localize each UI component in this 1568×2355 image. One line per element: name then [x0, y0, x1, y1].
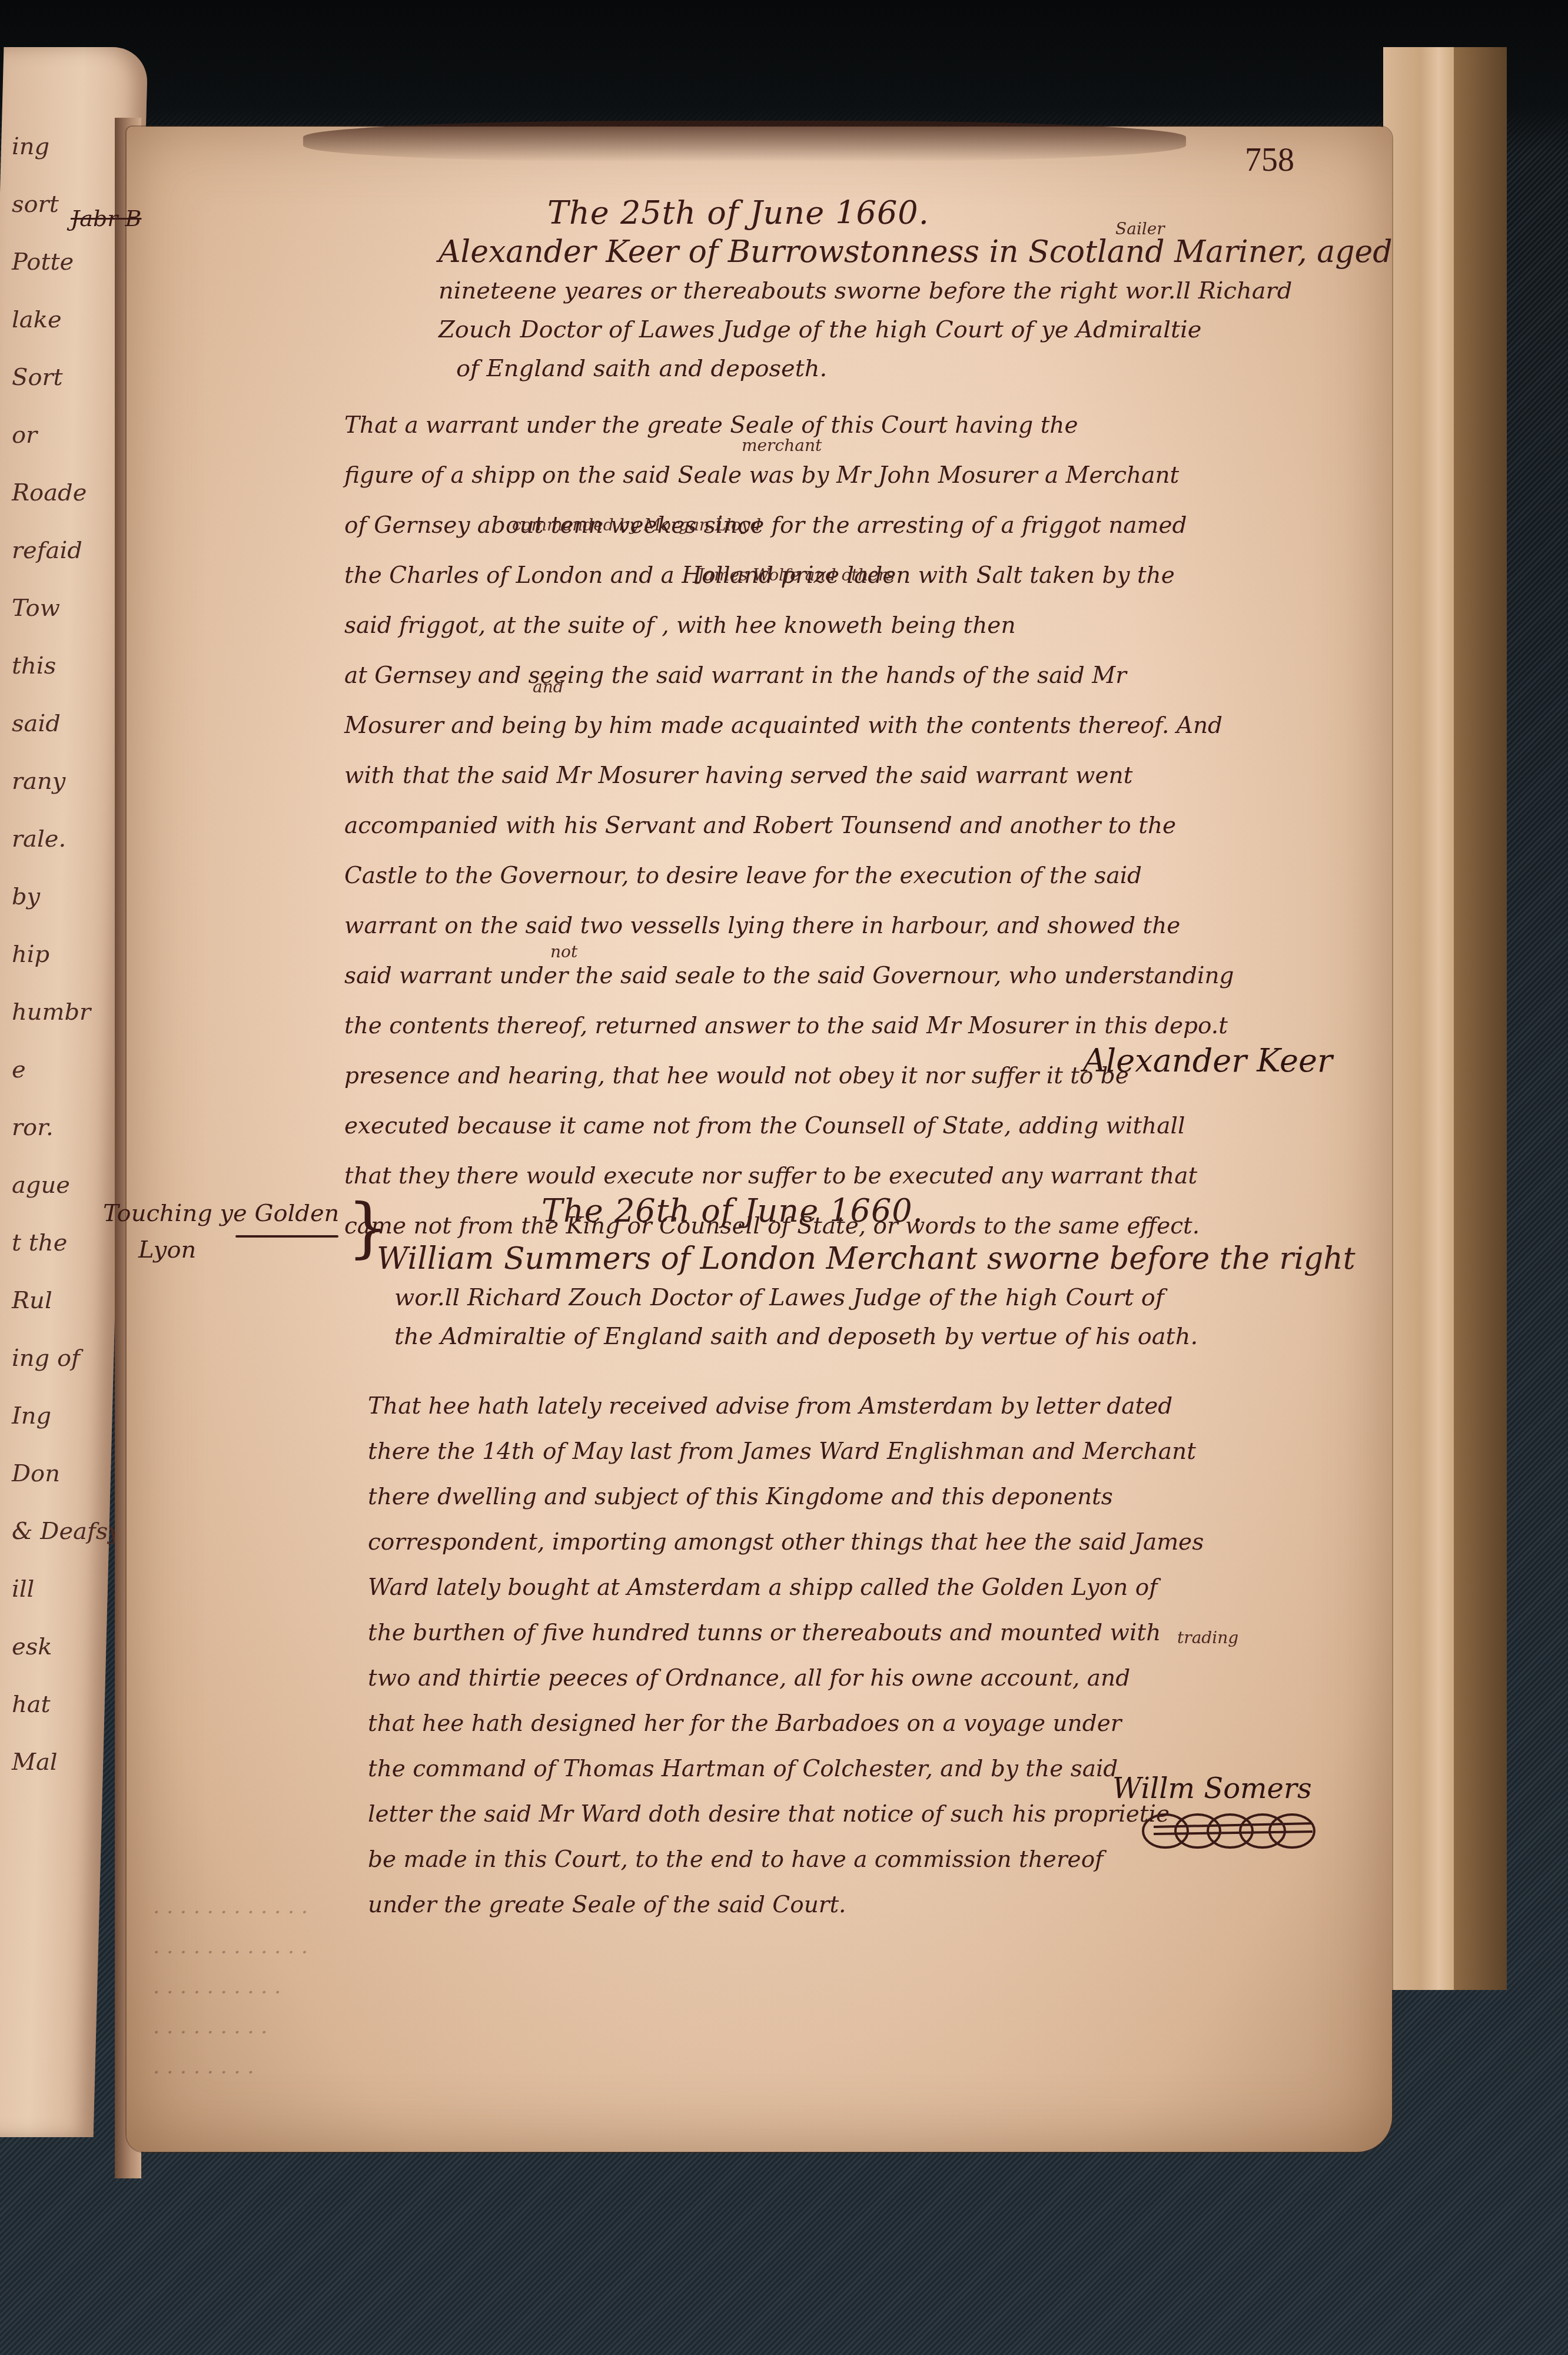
margin-note-top: Jabr B: [71, 200, 141, 237]
signature-alexander-keer: Alexander Keer: [1083, 1042, 1333, 1079]
deponent-line: wor.ll Richard Zouch Doctor of Lawes Jud…: [377, 1278, 1260, 1317]
deposition-body-1: That a warrant under the greate Seale of…: [344, 400, 1386, 1251]
body-line: that hee hath designed her for the Barba…: [368, 1701, 1410, 1746]
body-line: of Gernsey about tenn weekes since for t…: [344, 500, 1386, 550]
margin-note-golden-lyon: Touching ye Golden Lyon: [103, 1195, 339, 1268]
deponent-block-2: William Summers of London Merchant sworn…: [377, 1239, 1260, 1356]
signature-flourish-icon: [1136, 1810, 1324, 1852]
body-line: there dwelling and subject of this Kingd…: [368, 1474, 1410, 1520]
body-line: with that the said Mr Mosurer having ser…: [344, 751, 1386, 801]
deponent-line: Alexander Keer of Burrowstonness in Scot…: [438, 233, 1321, 271]
body-line: Ward lately bought at Amsterdam a shipp …: [368, 1565, 1410, 1610]
body-line: said friggot, at the suite of , with hee…: [344, 601, 1386, 651]
faded-line: · · · · · · · · · · · ·: [153, 1893, 1124, 1933]
body-line: two and thirtie peeces of Ordnance, all …: [368, 1656, 1410, 1701]
deponent-line: of England saith and deposeth.: [438, 349, 1321, 388]
faded-line: · · · · · · · · · ·: [153, 1973, 1124, 2013]
body-line: executed because it came not from the Co…: [344, 1101, 1386, 1151]
page-number: 758: [1245, 141, 1294, 179]
entry-date-2: The 26th of June 1660.: [542, 1192, 923, 1229]
faded-line: · · · · · · · · · · · ·: [153, 1933, 1124, 1973]
body-line: Castle to the Governour, to desire leave…: [344, 851, 1386, 901]
body-line: That a warrant under the greate Seale of…: [344, 400, 1386, 450]
signature-william-summers: Willm Somers: [1112, 1772, 1312, 1805]
margin-note-line: Touching ye Golden: [103, 1195, 339, 1232]
bleed-through-text: · · · · · · · · · · · · · · · · · · · · …: [153, 1893, 1124, 2093]
body-line: figure of a shipp on the said Seale was …: [344, 450, 1386, 500]
body-line: at Gernsey and seeing the said warrant i…: [344, 651, 1386, 701]
faded-line: · · · · · · · · ·: [153, 2013, 1124, 2053]
entry-date-1: The 25th of June 1660.: [547, 194, 929, 231]
faded-line: · · · · · · · ·: [153, 2053, 1124, 2093]
page-content: 758 Jabr B The 25th of June 1660. Sailer…: [0, 0, 1568, 2355]
body-line: said warrant under the said seale to the…: [344, 951, 1386, 1001]
body-line: the burthen of five hundred tunns or the…: [368, 1610, 1410, 1656]
deponent-block-1: Alexander Keer of Burrowstonness in Scot…: [438, 233, 1321, 388]
margin-rule: [235, 1235, 338, 1238]
body-line: warrant on the said two vessells lying t…: [344, 901, 1386, 951]
body-line: the Charles of London and a Holland priz…: [344, 550, 1386, 601]
body-line: accompanied with his Servant and Robert …: [344, 801, 1386, 851]
body-line: That hee hath lately received advise fro…: [368, 1384, 1410, 1429]
body-line: there the 14th of May last from James Wa…: [368, 1429, 1410, 1474]
body-line: Mosurer and being by him made acquainted…: [344, 701, 1386, 751]
body-line: correspondent, importing amongst other t…: [368, 1520, 1410, 1565]
deponent-line: William Summers of London Merchant sworn…: [377, 1239, 1260, 1278]
deponent-line: the Admiraltie of England saith and depo…: [377, 1317, 1260, 1356]
deponent-line: Zouch Doctor of Lawes Judge of the high …: [438, 310, 1321, 349]
deponent-line: nineteene yeares or thereabouts sworne b…: [438, 271, 1321, 310]
